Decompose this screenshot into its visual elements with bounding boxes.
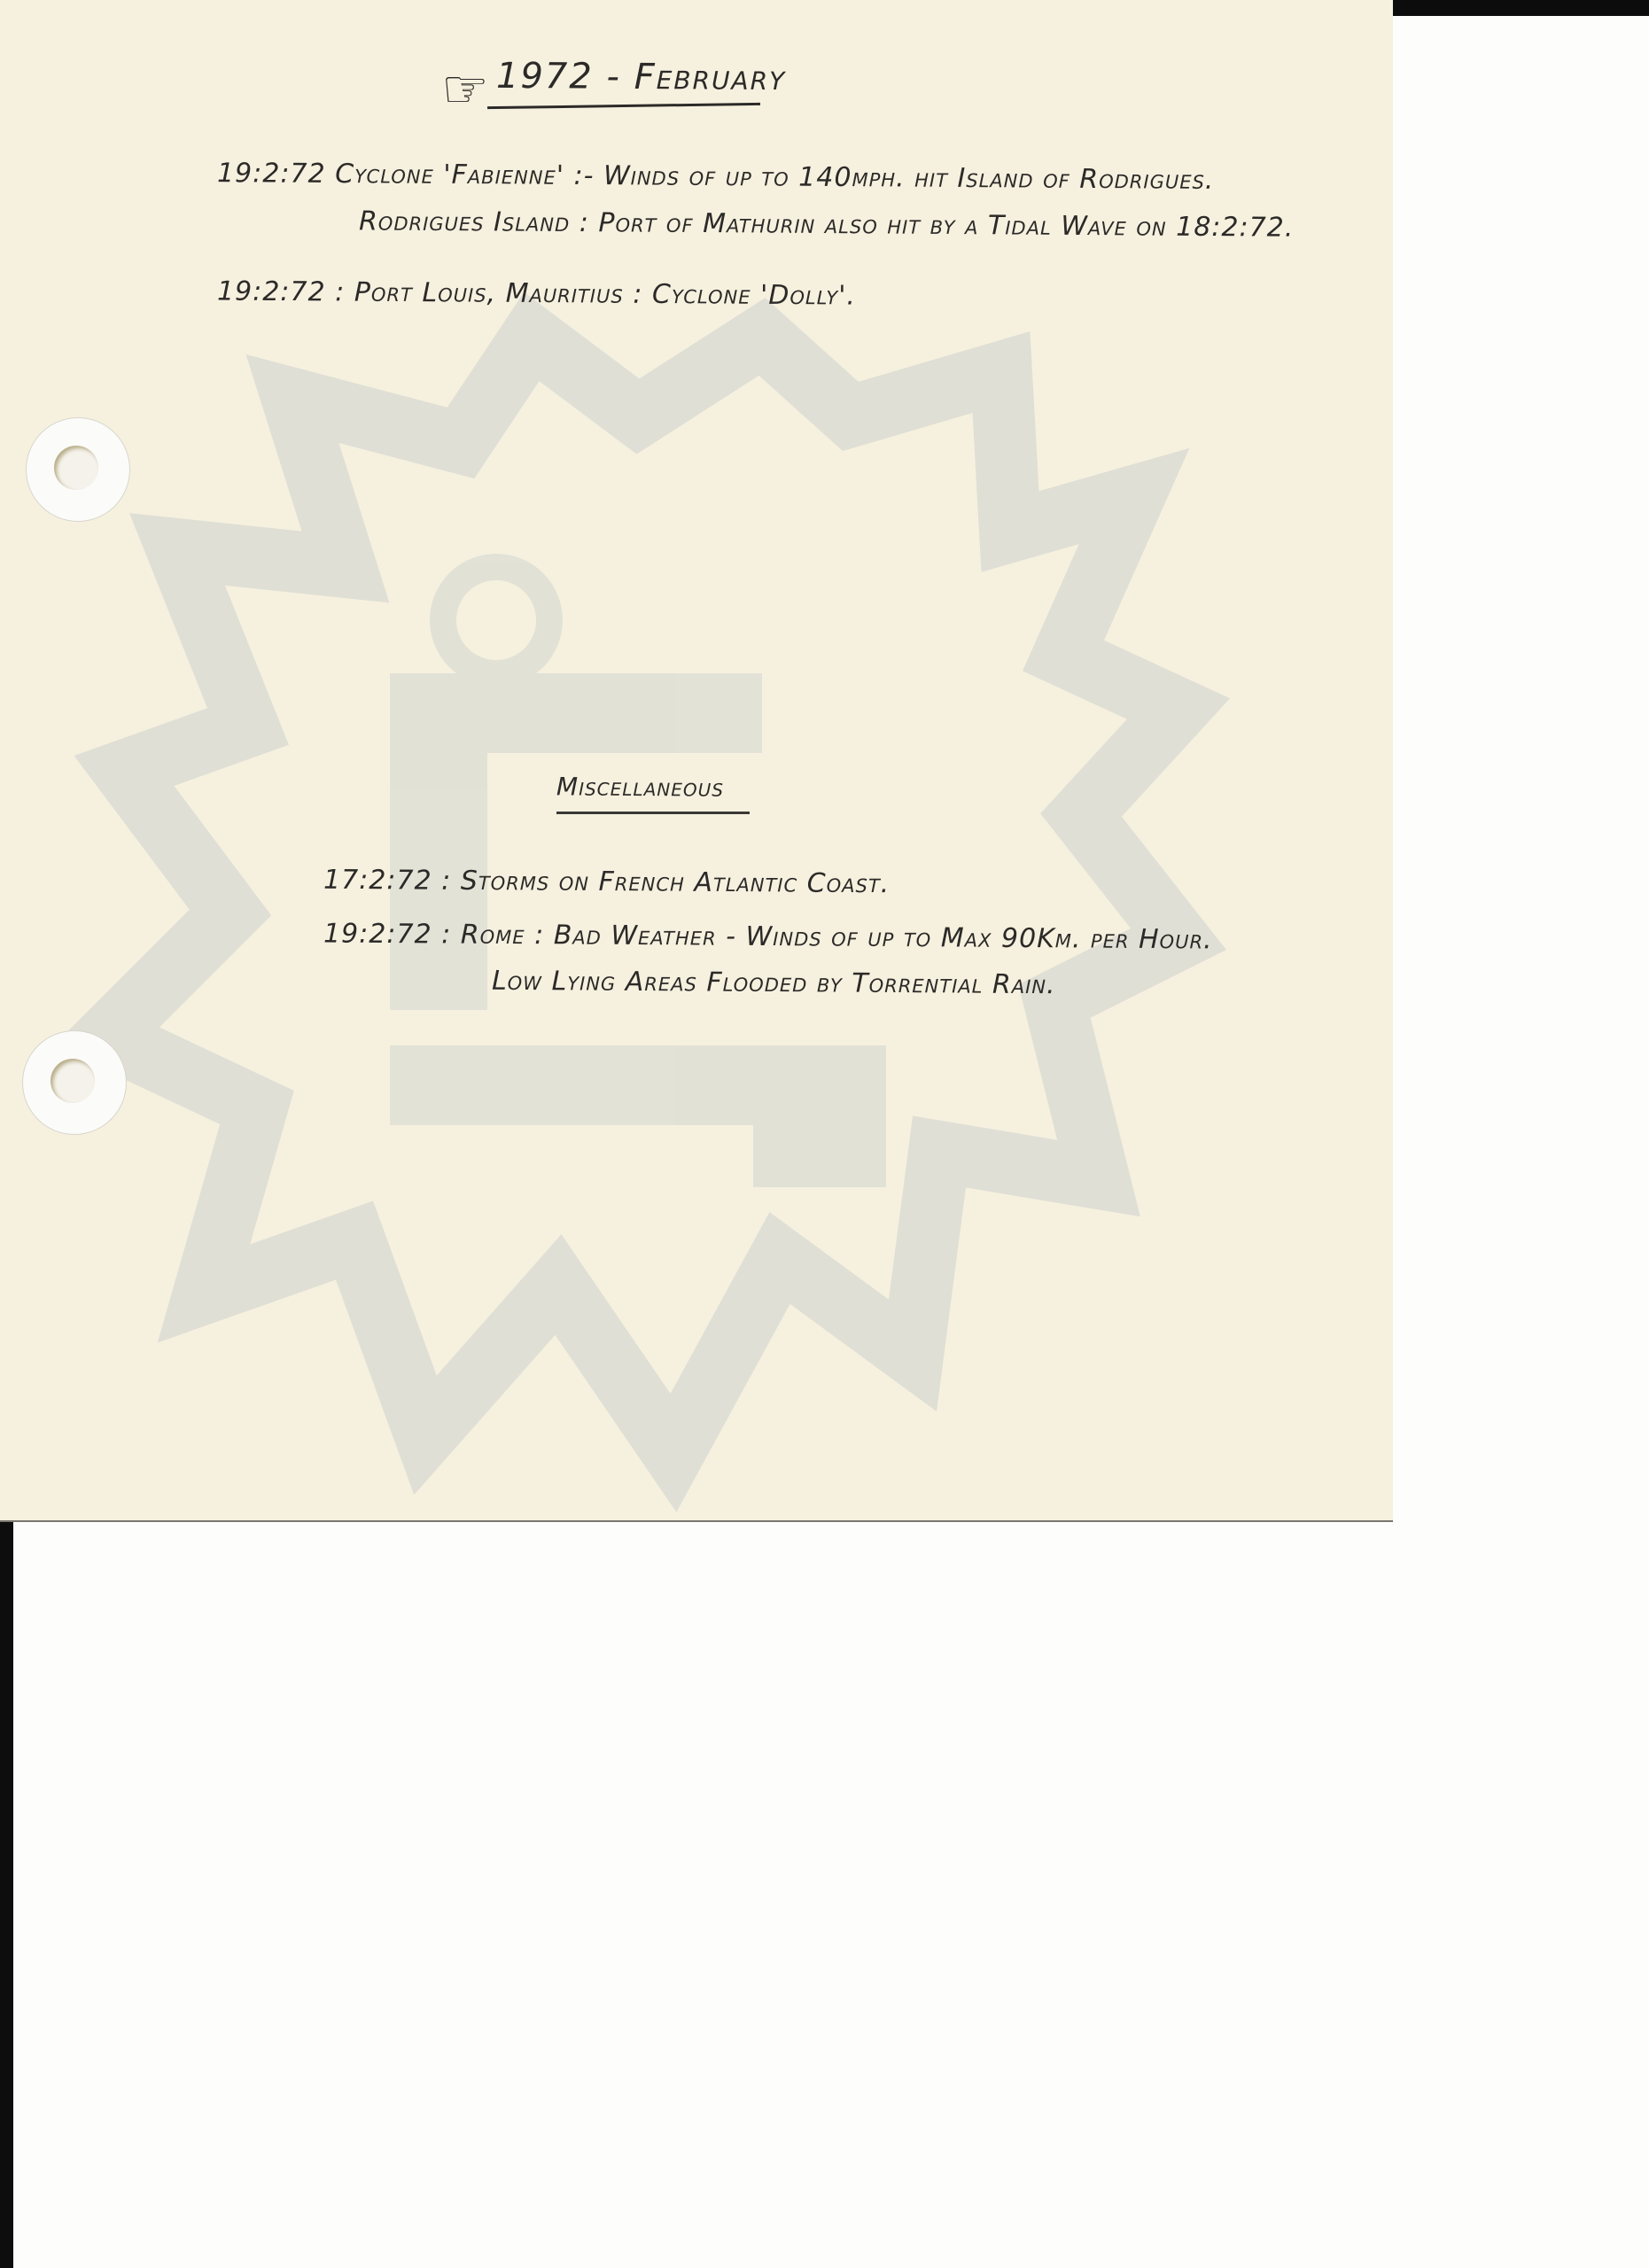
punch-hole-reinforcer	[23, 1031, 126, 1134]
misc-underline	[556, 812, 750, 814]
scanner-edge-left	[0, 1522, 13, 2268]
misc-entry: Low Lying Areas Flooded by Torrential Ra…	[492, 966, 1056, 1000]
entry-line: 19:2:72 : Port Louis, Mauritius : Cyclon…	[217, 276, 856, 311]
entry-line: Rodrigues Island : Port of Mathurin also…	[359, 206, 1295, 243]
page-title: 1972 - February	[496, 56, 787, 98]
misc-entry: 17:2:72 : Storms on French Atlantic Coas…	[323, 865, 891, 899]
punch-hole	[51, 1059, 95, 1103]
cyclone-symbol-icon: ☞	[441, 58, 489, 120]
misc-heading: Miscellaneous	[556, 772, 724, 802]
misc-entry: 19:2:72 : Rome : Bad Weather - Winds of …	[323, 918, 1213, 955]
notebook-page: ☞ 1972 - February 19:2:72 Cyclone 'Fabie…	[0, 0, 1393, 1522]
scanner-edge-top	[1393, 0, 1649, 16]
punch-hole	[54, 446, 98, 490]
punch-hole-reinforcer	[27, 418, 129, 521]
